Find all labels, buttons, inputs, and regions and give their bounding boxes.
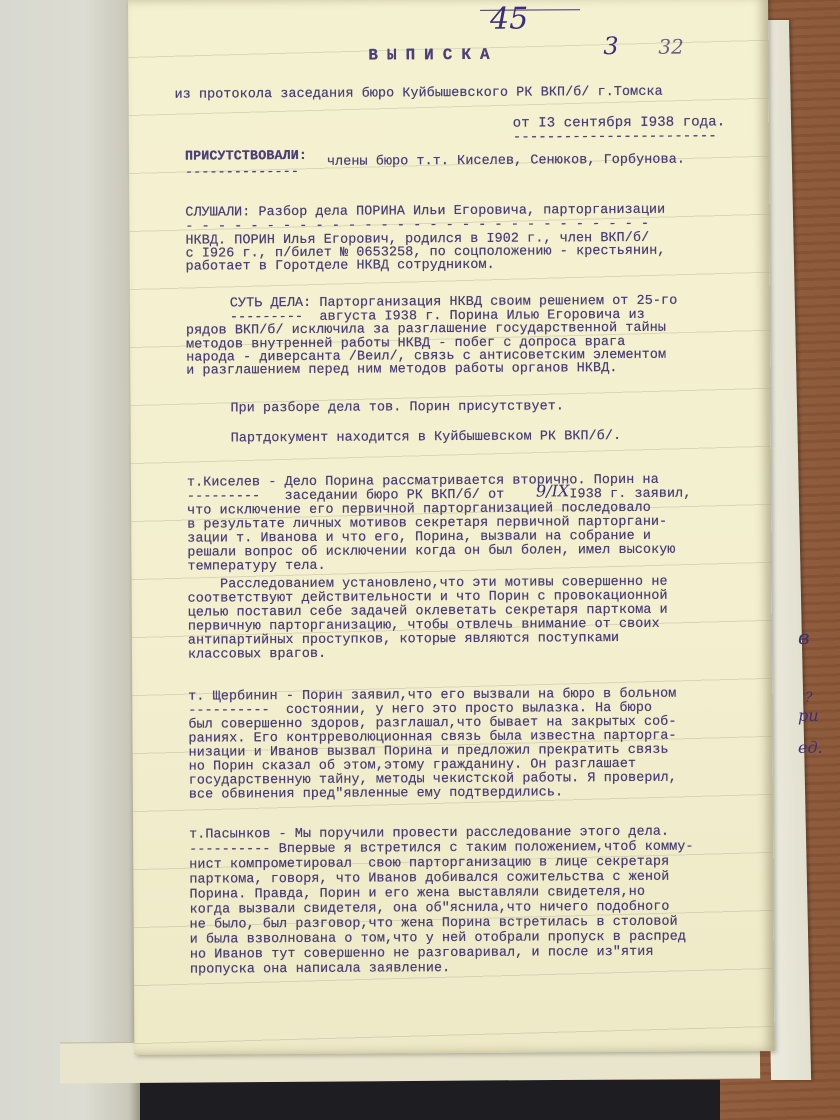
party-document-note: Партдокумент находится в Куйбышевском РК… [231,429,622,446]
heard-line-5: работает в Горотделе НКВД сотрудником. [186,258,495,275]
margin-note-1: в [798,625,810,649]
essence-line-6: и разглашением перед ним методов работы … [186,361,617,379]
date-underline: ------------------------ [513,128,717,145]
margin-note-4: ед. [798,738,823,757]
handwritten-date-insert: 9/IX [536,481,569,500]
handwritten-folio-number: 45 [490,2,528,37]
document-subtitle: из протокола заседания бюро Куйбышевског… [175,85,663,103]
kiselev-line-12: антипартийных проступков, которые являют… [188,631,619,649]
typed-document-page: 45 3 32 ВЫПИСКА из протокола заседания б… [128,0,774,1055]
present-label: ПРИСУТСТВОВАЛИ: [185,149,307,165]
pasynkov-line-10: пропуска она написала заявление. [190,961,450,978]
shcherbinin-line-8: все обвинения пред"явленные ему подтверд… [189,785,563,802]
kiselev-line-13: классовых врагов. [188,647,326,663]
left-binding-page [0,0,140,1120]
kiselev-line-7: температуру тела. [187,559,325,575]
document-title: ВЫПИСКА [368,46,498,65]
present-underline: -------------- [185,165,299,181]
handwritten-corner-number: 32 [658,35,684,59]
margin-note-2: ? [805,690,813,706]
handwritten-sheet-number: 3 [603,32,618,60]
margin-note-3: ри [798,706,819,725]
kiselev-line-6: решали вопрос об исключении когда он был… [187,543,675,561]
desk-shadow [60,1080,720,1120]
pasynkov-line-9: но Иванов тут совершенно не разговаривал… [190,945,654,963]
presence-note: При разборе дела тов. Порин присутствует… [230,399,564,416]
present-text: члены бюро т.т. Киселев, Сенюков, Горбун… [327,153,685,170]
